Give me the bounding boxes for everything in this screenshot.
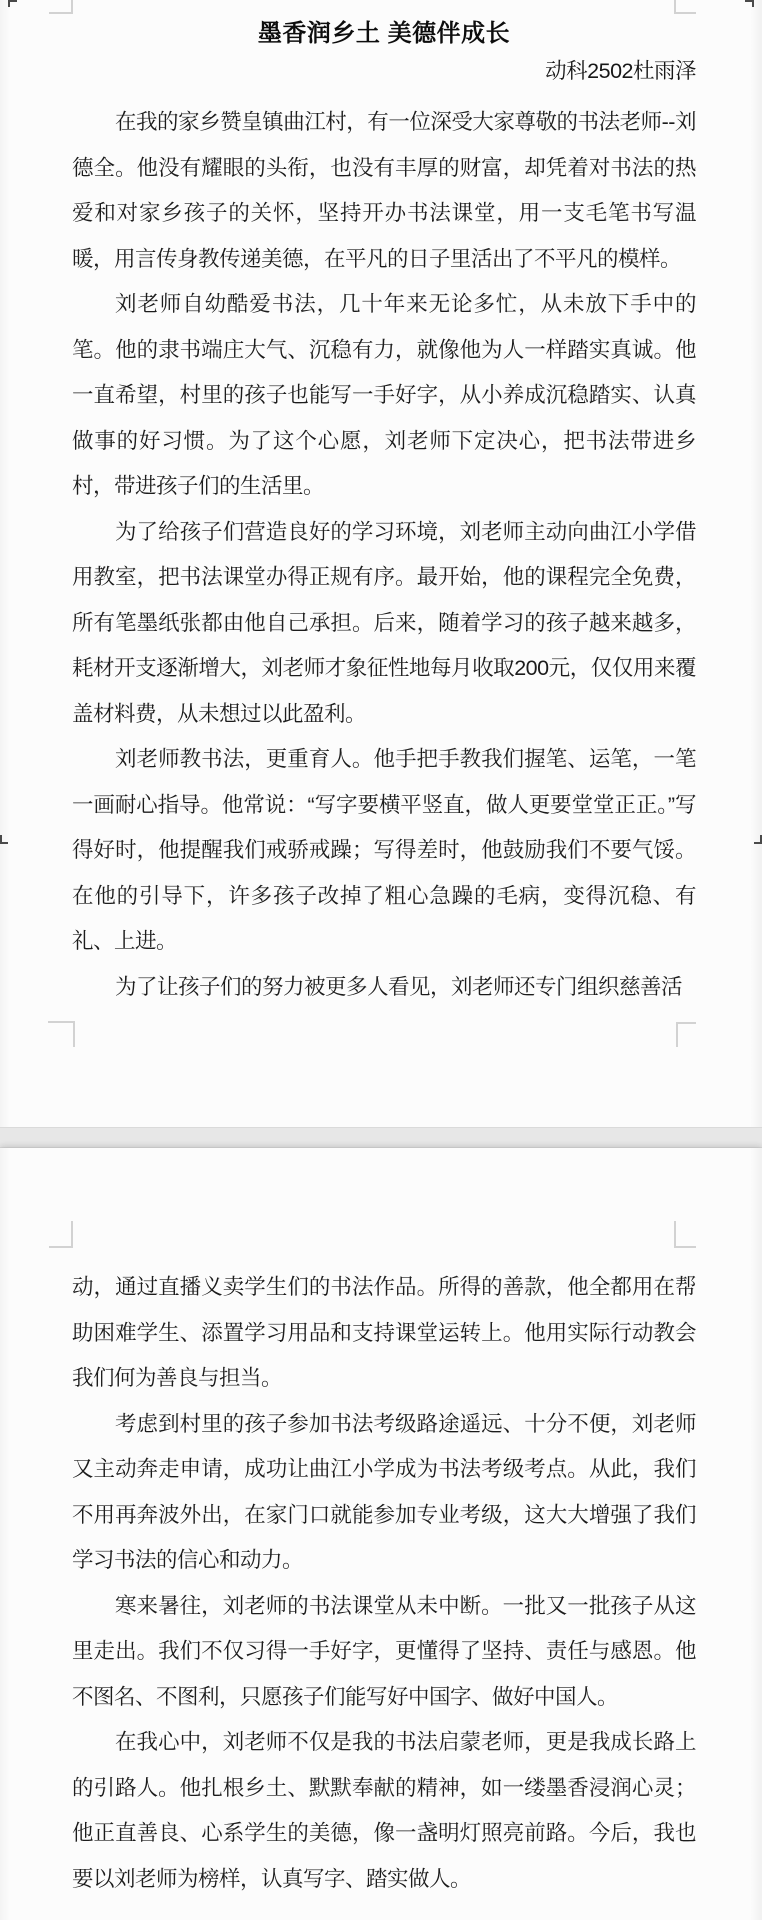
paragraph: 刘老师教书法，更重育人。他手把手教我们握笔、运笔，一笔一画耐心指导。他常说：“写… — [72, 737, 696, 965]
frame-marker — [754, 835, 762, 844]
paragraph: 在我的家乡赞皇镇曲江村，有一位深受大家尊敬的书法老师--刘德全。他没有耀眼的头衔… — [72, 100, 696, 282]
margin-corner-mark — [674, 1221, 696, 1248]
page-break-gap — [0, 1127, 762, 1148]
page-2-content: 动，通过直播义卖学生们的书法作品。所得的善款，他全都用在帮助困难学生、添置学习用… — [72, 1256, 696, 1902]
paragraph: 动，通过直播义卖学生们的书法作品。所得的善款，他全都用在帮助困难学生、添置学习用… — [72, 1265, 696, 1402]
margin-corner-mark — [48, 1021, 75, 1047]
frame-marker — [8, 0, 17, 7]
margin-corner-mark — [49, 1221, 73, 1248]
page-1: 墨香润乡土 美德伴成长 动科2502杜雨泽 在我的家乡赞皇镇曲江村，有一位深受大… — [0, 0, 762, 1127]
author-line: 动科2502杜雨泽 — [72, 51, 696, 91]
margin-corner-mark — [49, 0, 73, 14]
frame-marker — [745, 0, 754, 7]
page-paragraphs: 在我的家乡赞皇镇曲江村，有一位深受大家尊敬的书法老师--刘德全。他没有耀眼的头衔… — [72, 100, 696, 1010]
page-paragraphs: 动，通过直播义卖学生们的书法作品。所得的善款，他全都用在帮助困难学生、添置学习用… — [72, 1265, 696, 1902]
page-2: 动，通过直播义卖学生们的书法作品。所得的善款，他全都用在帮助困难学生、添置学习用… — [0, 1148, 762, 1920]
frame-marker — [0, 835, 8, 844]
page-1-content: 墨香润乡土 美德伴成长 动科2502杜雨泽 在我的家乡赞皇镇曲江村，有一位深受大… — [72, 0, 696, 1010]
paragraph: 寒来暑往，刘老师的书法课堂从未中断。一批又一批孩子从这里走出。我们不仅习得一手好… — [72, 1584, 696, 1721]
document-viewer: { "document": { "title": "墨香润乡土 美德伴成长", … — [0, 0, 762, 1920]
margin-corner-mark — [676, 1022, 696, 1047]
paragraph: 为了给孩子们营造良好的学习环境，刘老师主动向曲江小学借用教室，把书法课堂办得正规… — [72, 510, 696, 738]
paragraph: 刘老师自幼酷爱书法，几十年来无论多忙，从未放下手中的笔。他的隶书端庄大气、沉稳有… — [72, 282, 696, 510]
paragraph: 为了让孩子们的努力被更多人看见，刘老师还专门组织慈善活 — [72, 965, 696, 1011]
document-title: 墨香润乡土 美德伴成长 — [72, 0, 696, 51]
paragraph: 考虑到村里的孩子参加书法考级路途遥远、十分不便，刘老师又主动奔走申请，成功让曲江… — [72, 1402, 696, 1584]
paragraph: 在我心中，刘老师不仅是我的书法启蒙老师，更是我成长路上的引路人。他扎根乡土、默默… — [72, 1720, 696, 1902]
